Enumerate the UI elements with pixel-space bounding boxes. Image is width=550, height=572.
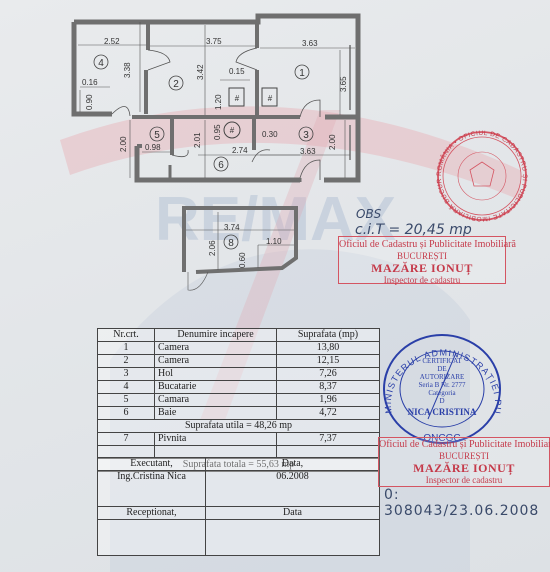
signature-table: Executant, Data, Ing.Cristina Nica 06.20…	[97, 457, 380, 556]
svg-text:2.00: 2.00	[119, 136, 128, 152]
svg-text:1: 1	[299, 68, 305, 79]
row-nr: 3	[98, 368, 155, 381]
table-row: 2 Camera 12,15	[98, 355, 380, 368]
table-row: 3 Hol 7,26	[98, 368, 380, 381]
svg-text:3.75: 3.75	[206, 37, 222, 46]
svg-text:0.90: 0.90	[85, 94, 94, 110]
receptionat-label: Receptionat,	[98, 507, 206, 520]
svg-text:2.06: 2.06	[208, 240, 217, 256]
svg-text:#: #	[230, 126, 235, 135]
svg-text:#: #	[235, 94, 240, 103]
row-nr: 2	[98, 355, 155, 368]
svg-text:CERTIFICAT: CERTIFICAT	[422, 357, 462, 365]
svg-text:8: 8	[228, 238, 234, 249]
row-name: Camera	[155, 355, 277, 368]
receptionat-header-row: Receptionat, Data	[98, 507, 380, 520]
row-name: Baie	[155, 407, 277, 420]
room-area-table: Nr.crt. Denumire incapere Suprafata (mp)…	[97, 328, 380, 472]
svg-text:NICA CRISTINA: NICA CRISTINA	[408, 407, 477, 417]
svg-text:AUTORIZARE: AUTORIZARE	[420, 373, 465, 381]
row-name: Hol	[155, 368, 277, 381]
svg-text:0.95: 0.95	[213, 124, 222, 140]
svg-text:ROMÂNIA • OFICIUL DE CADASTRU: ROMÂNIA • OFICIUL DE CADASTRU ȘI PUBLICI…	[436, 130, 528, 222]
svg-text:6: 6	[218, 160, 224, 171]
col-header-nr: Nr.crt.	[98, 329, 155, 342]
table-row: 4 Bucatarie 8,37	[98, 381, 380, 394]
ocpi-round-stamp: ROMÂNIA • OFICIUL DE CADASTRU ȘI PUBLICI…	[436, 130, 528, 222]
useful-area-total-row: Suprafata utila = 48,26 mp	[98, 420, 380, 433]
svg-text:0.98: 0.98	[145, 143, 161, 152]
row-nr: 6	[98, 407, 155, 420]
scanned-document: RE/MAX	[0, 0, 550, 572]
obs-note-label: OBS	[356, 207, 381, 221]
svg-text:Categoria: Categoria	[428, 389, 456, 397]
authorization-round-stamp: MINISTERUL ADMINISTRAȚIEI PUBLICE ONCGC …	[378, 333, 508, 445]
registration-number: 0: 308043/23.06.2008	[384, 487, 550, 519]
svg-text:3.63: 3.63	[302, 39, 318, 48]
svg-text:2.52: 2.52	[104, 37, 120, 46]
row-name: Camera	[155, 342, 277, 355]
table-header-row: Nr.crt. Denumire incapere Suprafata (mp)	[98, 329, 380, 342]
table-row: 7 Pivnita 7,37	[98, 433, 380, 446]
svg-text:0.30: 0.30	[262, 130, 278, 139]
svg-text:2.00: 2.00	[328, 134, 337, 150]
table-row: 1 Camera 13,80	[98, 342, 380, 355]
row-nr: 5	[98, 394, 155, 407]
row-nr: 1	[98, 342, 155, 355]
svg-text:3.74: 3.74	[224, 223, 240, 232]
ocpi-inspector-stamp-top: Oficiul de Cadastru și Publicitate Imobi…	[338, 236, 506, 284]
row-name: Bucatarie	[155, 381, 277, 394]
receptionat-value-row	[98, 520, 380, 556]
date-label-receptionat: Data	[206, 507, 380, 520]
row-area: 4,72	[277, 407, 380, 420]
svg-text:D: D	[439, 397, 444, 405]
svg-text:DE: DE	[437, 365, 446, 373]
row-area: 7,37	[277, 433, 380, 446]
row-area: 12,15	[277, 355, 380, 368]
executant-date: 06.2008	[206, 471, 380, 507]
svg-text:3.65: 3.65	[339, 76, 348, 92]
svg-text:4: 4	[98, 58, 104, 69]
col-header-area: Suprafata (mp)	[277, 329, 380, 342]
svg-text:3.63: 3.63	[300, 147, 316, 156]
date-label-executant: Data,	[206, 458, 380, 471]
executant-value-row: Ing.Cristina Nica 06.2008	[98, 471, 380, 507]
table-row: 6 Baie 4,72	[98, 407, 380, 420]
svg-text:#: #	[268, 94, 273, 103]
svg-text:1.20: 1.20	[214, 94, 223, 110]
row-area: 8,37	[277, 381, 380, 394]
executant-name: Ing.Cristina Nica	[98, 471, 206, 507]
svg-text:3.42: 3.42	[196, 64, 205, 80]
table-row: 5 Camara 1,96	[98, 394, 380, 407]
ocpi-inspector-stamp-bottom: Oficiul de Cadastru și Publicitate Imobi…	[378, 437, 550, 487]
row-name: Pivnita	[155, 433, 277, 446]
row-nr: 4	[98, 381, 155, 394]
row-name: Camara	[155, 394, 277, 407]
svg-text:3: 3	[303, 130, 309, 141]
row-area: 1,96	[277, 394, 380, 407]
useful-area-total: Suprafata utila = 48,26 mp	[98, 420, 380, 433]
svg-text:5: 5	[154, 130, 160, 141]
svg-text:1.10: 1.10	[266, 237, 282, 246]
svg-text:2.74: 2.74	[232, 146, 248, 155]
row-area: 13,80	[277, 342, 380, 355]
col-header-name: Denumire incapere	[155, 329, 277, 342]
svg-text:0.60: 0.60	[238, 252, 247, 268]
receptionat-date	[206, 520, 380, 556]
svg-text:0.15: 0.15	[229, 67, 245, 76]
row-area: 7,26	[277, 368, 380, 381]
row-nr: 7	[98, 433, 155, 446]
svg-text:3.38: 3.38	[123, 62, 132, 78]
svg-text:2: 2	[173, 79, 179, 90]
executant-header-row: Executant, Data,	[98, 458, 380, 471]
executant-label: Executant,	[98, 458, 206, 471]
svg-text:2.01: 2.01	[193, 132, 202, 148]
svg-text:0.16: 0.16	[82, 78, 98, 87]
receptionat-signature	[98, 520, 206, 556]
